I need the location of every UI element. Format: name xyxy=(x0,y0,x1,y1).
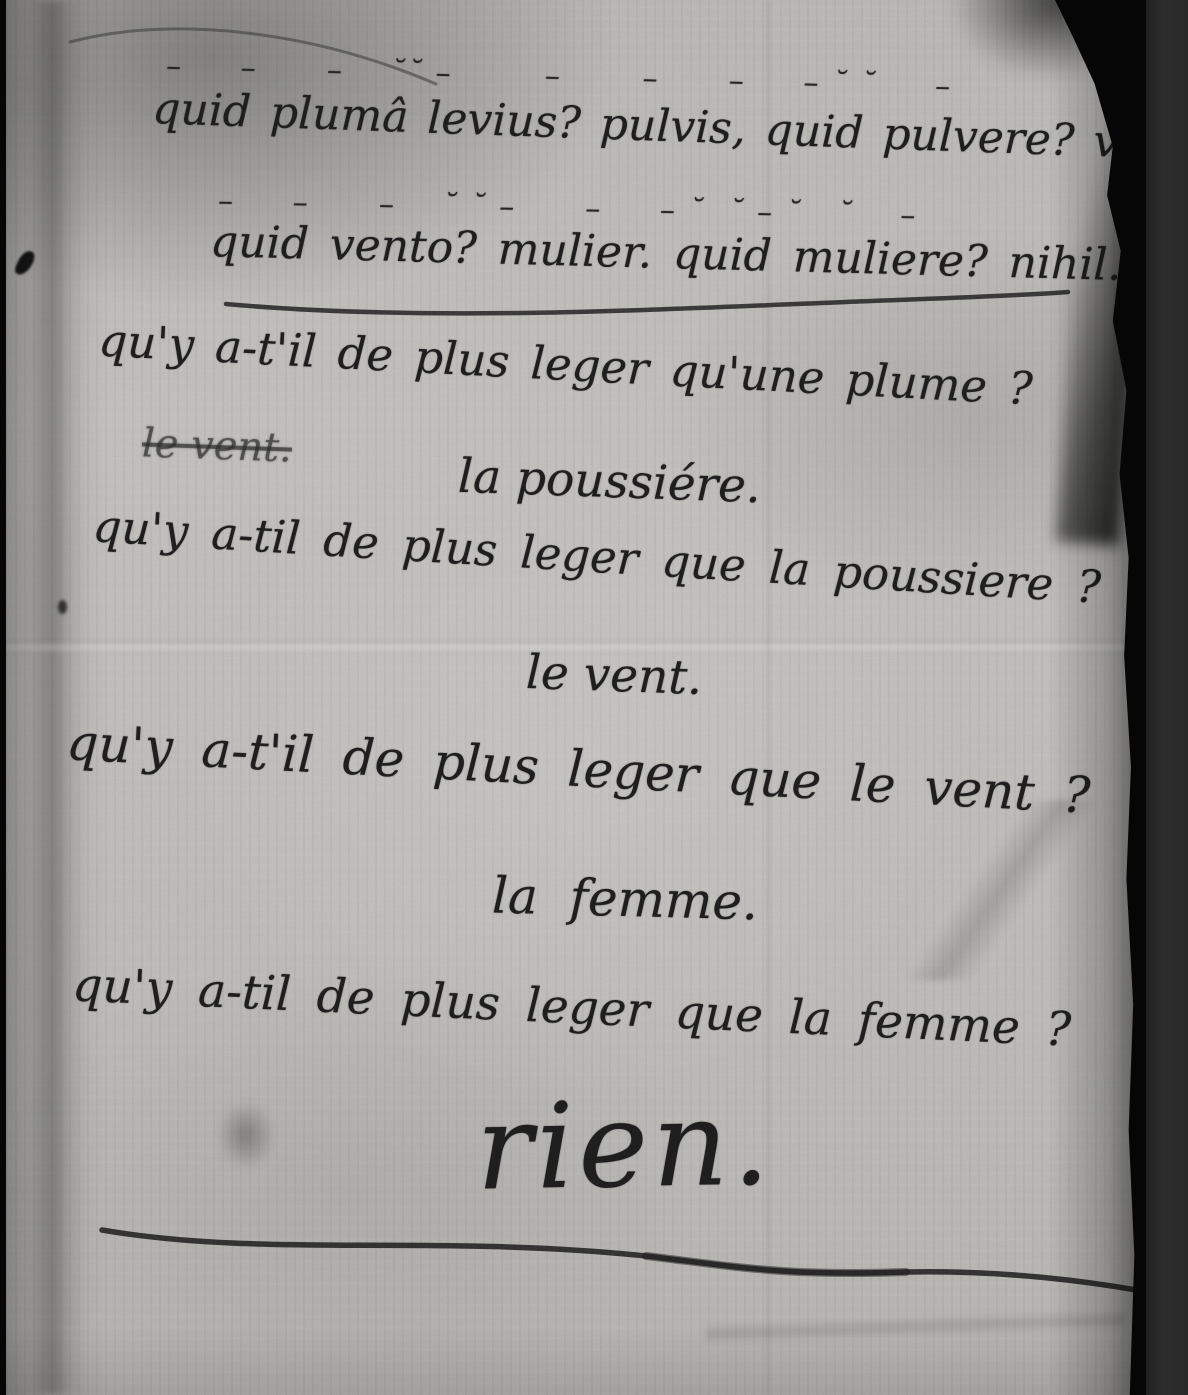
riddle-1-question: qu'y a-t'il de plus leger qu'une plume ? xyxy=(97,318,1033,412)
latin-line-2: quid vento? mulier. quid muliere? nihil. xyxy=(210,220,1122,288)
manuscript-scan: – – – ˘˘ – – – – – ˘ ˘ – quid plumâ levi… xyxy=(0,0,1188,1395)
manuscript-page: – – – ˘˘ – – – – – ˘ ˘ – quid plumâ levi… xyxy=(6,0,1140,1395)
riddle-3-answer: la femme. xyxy=(491,871,758,928)
ink-smudge xyxy=(216,1100,276,1170)
riddle-4-answer: rien. xyxy=(475,1083,774,1206)
riddle-3-question: qu'y a-t'il de plus leger que le vent ? xyxy=(65,717,1091,821)
bottom-flourish xyxy=(102,1230,1140,1294)
wrinkle xyxy=(706,1290,1126,1360)
gutter-fold xyxy=(28,0,84,1395)
scan-margin-strip xyxy=(1146,0,1188,1395)
wrinkle xyxy=(886,800,1116,980)
bottom-flourish-thick-segment xyxy=(646,1256,906,1273)
riddle-2-question: qu'y a-til de plus leger que la poussier… xyxy=(92,503,1102,610)
latin-underline-flourish xyxy=(226,292,1068,313)
latin-line-1: quid plumâ levius? pulvis, quid pulvere?… xyxy=(152,87,1140,169)
ink-blot xyxy=(58,600,67,614)
riddle-1-crossed-out-answer: le vent. xyxy=(141,423,292,468)
riddle-1-answer: la poussiére. xyxy=(457,453,761,511)
torn-corner-shadow xyxy=(950,0,1100,82)
riddle-2-answer: le vent. xyxy=(525,649,703,702)
